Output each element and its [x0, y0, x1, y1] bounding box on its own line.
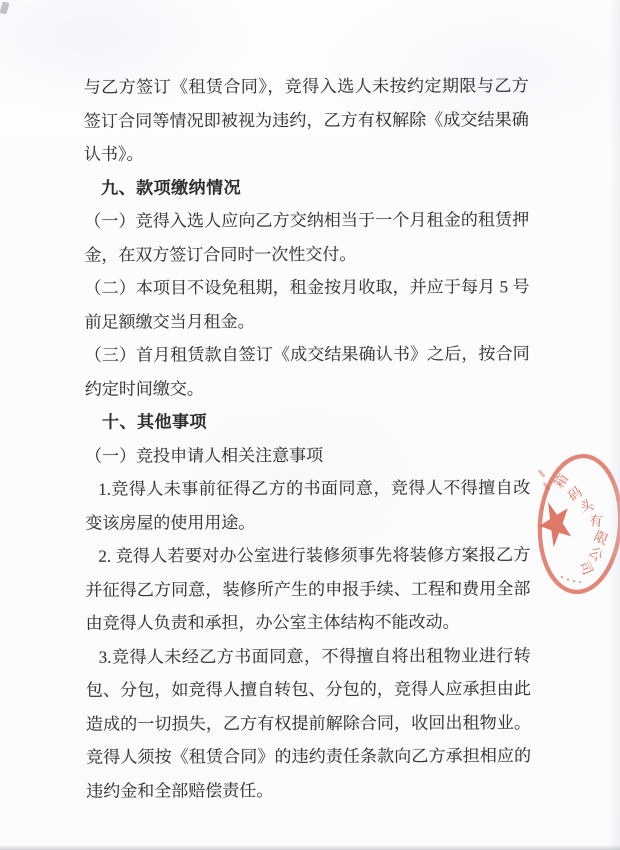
seal-char: 箱 [551, 471, 571, 491]
seal-char: 头 [578, 496, 596, 515]
document-page: 与乙方签订《租赁合同》，竞得入选人未按约定期限与乙方签订合同等情况即被视为违约，… [0, 0, 620, 850]
seal-char: 司 [576, 559, 595, 578]
scan-right-edge-artifact [609, 0, 620, 850]
document-content: 与乙方签订《租赁合同》，竞得入选人未按约定期限与乙方签订合同等情况即被视为违约，… [84, 69, 532, 808]
seal-char: 码 [565, 484, 585, 504]
scan-bottom-edge-artifact [0, 845, 620, 850]
section-heading: 十、其他事项 [85, 404, 530, 439]
seal-char: 有 [589, 513, 604, 529]
paragraph: 1.竞得人未事前征得乙方的书面同意，竞得人不得擅自改变该房屋的使用用途。 [85, 471, 530, 540]
paragraph: 与乙方签订《租赁合同》，竞得入选人未按约定期限与乙方签订合同等情况即被视为违约，… [84, 69, 529, 171]
paragraph: （二）本项目不设免租期，租金按月收取，并应于每月 5 号前足额缴交当月租金。 [84, 270, 529, 339]
seal-char: 限 [592, 528, 611, 548]
star-icon [537, 500, 573, 549]
scan-corner-artifact [0, 1, 10, 14]
seal-char: 公 [586, 544, 607, 565]
paragraph: 3.竞得人未经乙方书面同意，不得擅自将出租物业进行转包、分包，如竞得人擅自转包、… [86, 639, 532, 808]
seal-faint-marks [537, 469, 581, 583]
seal-ring [535, 453, 620, 594]
paragraph: 2. 竞得人若要对办公室进行装修须事先将装修方案报乙方并征得乙方同意，装修所产生… [85, 538, 530, 640]
seal-arc-text: 箱 码 头 有 限 公 司 [551, 471, 611, 577]
paragraph: （一）竞投申请人相关注意事项 [85, 438, 530, 473]
section-heading: 九、款项缴纳情况 [84, 170, 529, 205]
paragraph: （一）竞得入选人应向乙方交纳相当于一个月租金的租赁押金，在双方签订合同时一次性交… [84, 203, 529, 272]
company-seal-stamp: 箱 码 头 有 限 公 司 [528, 446, 620, 608]
paragraph: （三）首月租赁款自签订《成交结果确认书》之后，按合同约定时间缴交。 [85, 337, 530, 406]
